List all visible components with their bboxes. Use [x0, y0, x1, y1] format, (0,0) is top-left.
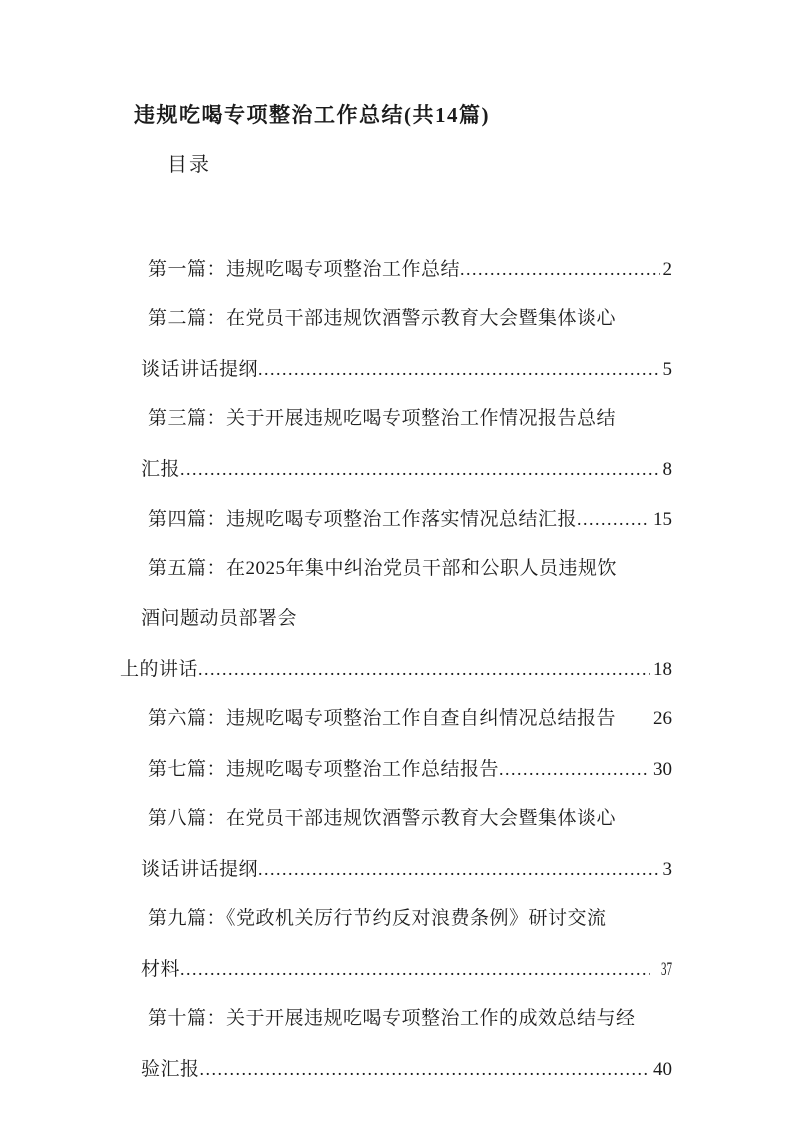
toc-line-text: 谈话讲话提纲: [141, 845, 258, 895]
toc-line-text: 第三篇：关于开展违规吃喝专项整治工作情况报告总结: [148, 394, 616, 444]
toc-line-text: 第六篇：违规吃喝专项整治工作自查自纠情况总结报告: [148, 694, 616, 744]
toc-leader-dots: ........................................…: [499, 744, 650, 794]
toc-page-number: 3: [660, 845, 673, 895]
toc-line[interactable]: 上的讲话 ...................................…: [120, 644, 672, 694]
toc-leader-dots: ........................................…: [577, 494, 650, 544]
toc-page-number: 2: [660, 245, 673, 295]
toc-heading: 目录: [167, 140, 672, 190]
toc-line-text: 第九篇：《党政机关厉行节约反对浪费条例》研讨交流: [148, 894, 607, 944]
toc-page-number: 8: [660, 445, 673, 495]
toc-page-number: 37: [659, 945, 672, 995]
toc-line-text: 第二篇：在党员干部违规饮酒警示教育大会暨集体谈心: [148, 294, 616, 344]
toc-line[interactable]: 第一篇：违规吃喝专项整治工作总结 .......................…: [120, 244, 672, 294]
toc-line[interactable]: 第九篇：《党政机关厉行节约反对浪费条例》研讨交流: [120, 894, 672, 944]
toc-line[interactable]: 第三篇：关于开展违规吃喝专项整治工作情况报告总结: [120, 394, 672, 444]
toc-page-number: 40: [650, 1045, 672, 1095]
toc-line[interactable]: 第七篇：违规吃喝专项整治工作总结报告 .....................…: [120, 744, 672, 794]
toc-leader-dots: ........................................…: [180, 944, 650, 994]
toc-line[interactable]: 第八篇：在党员干部违规饮酒警示教育大会暨集体谈心: [120, 794, 672, 844]
blank-line: [120, 190, 672, 244]
toc-line[interactable]: 汇报 .....................................…: [120, 444, 672, 494]
toc-line-text: 验汇报: [141, 1045, 200, 1095]
toc-leader-dots: ........................................…: [258, 844, 659, 894]
toc-leader-dots: ........................................…: [180, 444, 659, 494]
toc-line[interactable]: 第六篇：违规吃喝专项整治工作自查自纠情况总结报告 26: [120, 694, 672, 744]
document-title: 违规吃喝专项整治工作总结(共14篇): [134, 90, 672, 140]
toc-line[interactable]: 酒问题动员部署会: [120, 594, 672, 644]
toc-line-text: 第四篇：违规吃喝专项整治工作落实情况总结汇报: [148, 495, 577, 545]
toc-leader-dots: ........................................…: [200, 1044, 650, 1094]
toc-page-number: 30: [650, 745, 672, 795]
toc-line[interactable]: 第四篇：违规吃喝专项整治工作落实情况总结汇报 .................…: [120, 494, 672, 544]
toc-line[interactable]: 材料 .....................................…: [120, 944, 672, 994]
toc-line[interactable]: 谈话讲话提纲 .................................…: [120, 844, 672, 894]
toc-page-number: 5: [660, 345, 673, 395]
toc-line-text: 第七篇：违规吃喝专项整治工作总结报告: [148, 745, 499, 795]
toc-line[interactable]: 第五篇：在2025年集中纠治党员干部和公职人员违规饮: [120, 544, 672, 594]
toc-page-number: 15: [650, 495, 672, 545]
toc-line-text: 上的讲话: [120, 645, 198, 695]
document-page: 违规吃喝专项整治工作总结(共14篇) 目录 第一篇：违规吃喝专项整治工作总结 .…: [0, 0, 794, 1122]
toc-leader-dots: ........................................…: [258, 344, 659, 394]
toc-line[interactable]: 谈话讲话提纲 .................................…: [120, 344, 672, 394]
toc-line-text: 汇报: [141, 445, 180, 495]
toc-line-text: 材料: [141, 945, 180, 995]
toc-line[interactable]: 第二篇：在党员干部违规饮酒警示教育大会暨集体谈心: [120, 294, 672, 344]
toc-line[interactable]: 第十篇：关于开展违规吃喝专项整治工作的成效总结与经: [120, 994, 672, 1044]
toc-line-text: 谈话讲话提纲: [141, 345, 258, 395]
toc-line-text: 第五篇：在2025年集中纠治党员干部和公职人员违规饮: [148, 544, 617, 594]
toc-leader-dots: ........................................…: [198, 644, 650, 694]
toc-line-text: 酒问题动员部署会: [141, 594, 297, 644]
toc-page-number: 18: [650, 645, 672, 695]
toc-line-text: 第十篇：关于开展违规吃喝专项整治工作的成效总结与经: [148, 994, 636, 1044]
toc-line-text: 第八篇：在党员干部违规饮酒警示教育大会暨集体谈心: [148, 794, 616, 844]
toc-line-text: 第一篇：违规吃喝专项整治工作总结: [148, 245, 460, 295]
toc-line[interactable]: 验汇报 ....................................…: [120, 1044, 672, 1094]
toc-leader-dots: ........................................…: [460, 244, 659, 294]
toc-page-number: 26: [650, 694, 672, 744]
toc-list: 第一篇：违规吃喝专项整治工作总结 .......................…: [120, 244, 672, 1094]
